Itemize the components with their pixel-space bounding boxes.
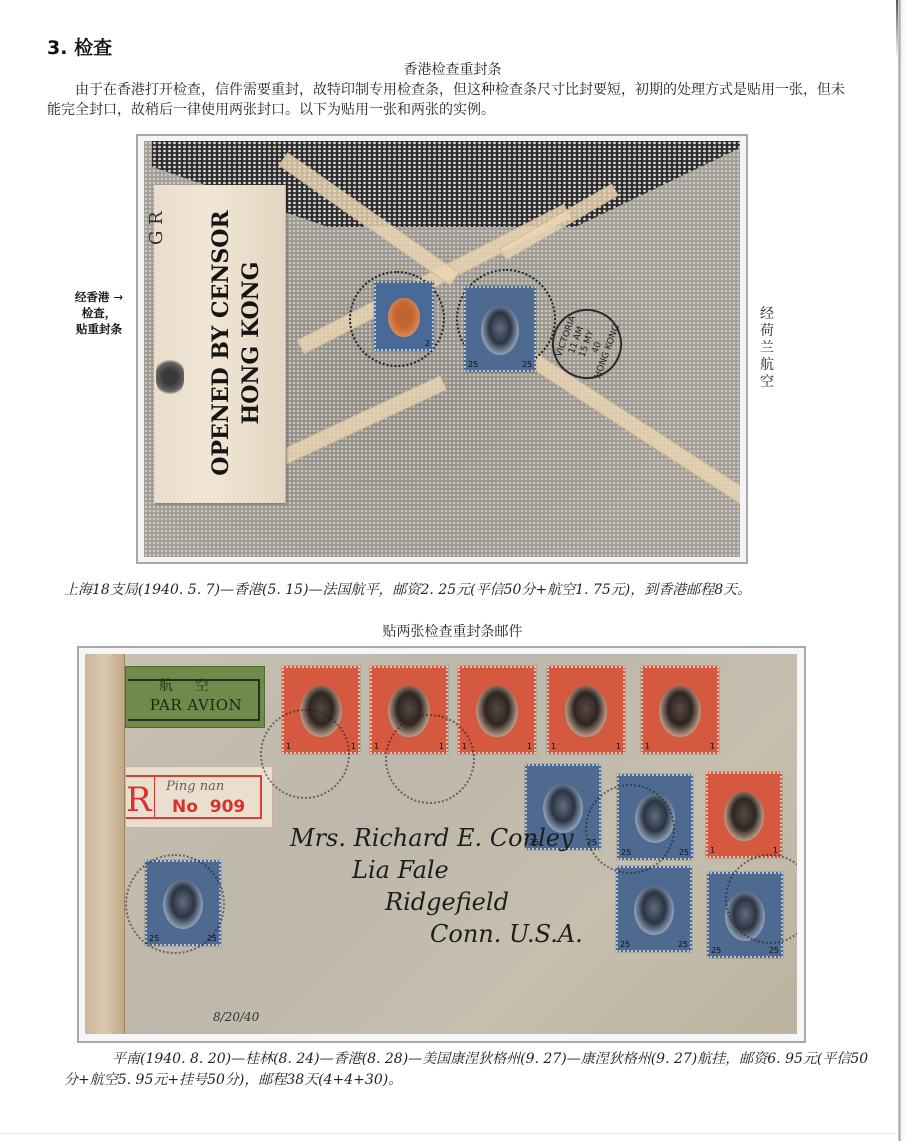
stamp-portrait bbox=[634, 886, 674, 935]
stamp-value: 1 bbox=[527, 742, 532, 751]
annotation-hk-censor: 经香港 → 检查， 贴重封条 bbox=[60, 289, 138, 337]
annotation-dutch-airmail: 经 荷 兰 航 空 bbox=[759, 306, 775, 391]
royal-cipher: G R bbox=[146, 211, 167, 245]
stamp-value: 25 bbox=[679, 848, 689, 857]
stamp-value: 1 bbox=[710, 742, 715, 751]
recipient-address: Mrs. Richard E. Conley Lia Fale Ridgefie… bbox=[290, 822, 583, 950]
section-heading: 检查 bbox=[74, 37, 112, 59]
cover-1-caption: 上海18支局(1940. 5. 7)—香港(5. 15)—法国航平，邮资2. 2… bbox=[64, 579, 864, 599]
envelope-back: 2 25 25 VICTORIA 11 AM 15 MY 40 HONG KON… bbox=[144, 141, 740, 557]
stamp: 2 bbox=[374, 281, 434, 351]
stamp-value: 1 bbox=[616, 742, 621, 751]
stamp-portrait bbox=[476, 686, 517, 736]
stamp-portrait bbox=[659, 686, 700, 736]
stamp-value: 1 bbox=[351, 742, 356, 751]
registration-office-handwritten: Ping nan bbox=[166, 779, 224, 794]
airmail-label-chinese: 航空 bbox=[126, 675, 264, 695]
stamp-value: 25 bbox=[711, 946, 721, 955]
envelope-front: 航空 PAR AVION R Ping nan No 909 111111111… bbox=[85, 654, 797, 1034]
stamp: 2525 bbox=[616, 866, 692, 952]
censor-label-text: OPENED BY CENSOR HONG KONG bbox=[206, 210, 266, 475]
registration-number: No 909 bbox=[172, 797, 245, 817]
stamp: 11 bbox=[641, 666, 719, 754]
section-number: 3. bbox=[47, 37, 67, 59]
censor-reseal-strip bbox=[85, 654, 125, 1034]
crown-crest-icon bbox=[156, 357, 184, 397]
intro-paragraph: 由于在香港打开检查，信件需要重封，故特印制专用检查条，但这种检查条尺寸比封要短，… bbox=[47, 80, 847, 120]
stamp-portrait bbox=[388, 298, 419, 338]
subtitle-two-labels: 贴两张检查重封条邮件 bbox=[0, 621, 905, 641]
arrow-right-icon: → bbox=[113, 290, 123, 304]
stamp-portrait bbox=[724, 792, 764, 841]
section-title: 3. 检查 bbox=[47, 33, 112, 60]
stamp-value: 1 bbox=[374, 742, 379, 751]
postmark bbox=[385, 714, 475, 804]
stamp-value: 25 bbox=[769, 946, 779, 955]
stamp: 25 25 bbox=[464, 286, 536, 372]
cover-image-1: 2 25 25 VICTORIA 11 AM 15 MY 40 HONG KON… bbox=[136, 134, 748, 564]
stamp: 11 bbox=[706, 772, 782, 858]
postmark bbox=[585, 784, 675, 874]
page-bottom-edge bbox=[0, 1133, 896, 1134]
airmail-label: 航空 PAR AVION bbox=[125, 666, 265, 728]
cover-2-caption: 平南(1940. 8. 20)—桂林(8. 24)—香港(8. 28)—美国康涅… bbox=[64, 1049, 874, 1091]
stamp-value: 1 bbox=[551, 742, 556, 751]
stamp: 11 bbox=[547, 666, 625, 754]
stamp-value: 1 bbox=[710, 846, 715, 855]
registration-letter: R bbox=[126, 781, 152, 819]
postmark bbox=[125, 854, 225, 954]
stamp-value: 25 bbox=[678, 940, 688, 949]
airmail-label-english: PAR AVION bbox=[128, 696, 264, 714]
cover-image-2: 航空 PAR AVION R Ping nan No 909 111111111… bbox=[77, 646, 806, 1043]
postmark bbox=[260, 709, 350, 799]
stamp-portrait bbox=[481, 306, 519, 355]
stamp-value: 25 bbox=[620, 940, 630, 949]
page-binding-edge bbox=[898, 0, 905, 1141]
stamp-value: 1 bbox=[645, 742, 650, 751]
handwritten-date: 8/20/40 bbox=[213, 1010, 259, 1024]
stamp-portrait bbox=[565, 686, 606, 736]
registration-label: R Ping nan No 909 bbox=[125, 766, 273, 828]
censor-reseal-label: G R OPENED BY CENSOR HONG KONG bbox=[154, 185, 286, 503]
subtitle-hk-censor-reseal: 香港检查重封条 bbox=[0, 59, 905, 79]
